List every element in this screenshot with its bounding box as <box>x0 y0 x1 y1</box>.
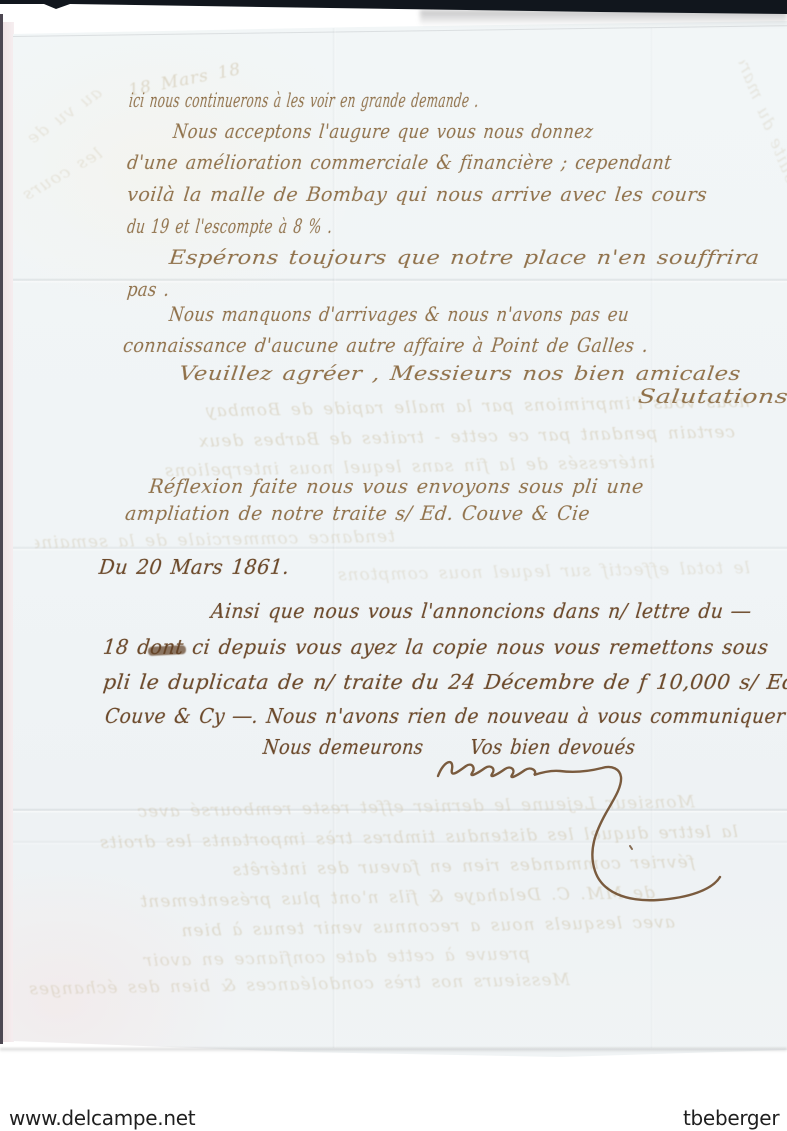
bleed-through-line: Messieurs nos très condoléances & bien d… <box>10 970 570 1004</box>
bleed-through-line: les cours du <box>16 144 108 211</box>
letter-paper: 18 Mars 1861au vu desles cours dunous vo… <box>0 0 787 1131</box>
signature-stroke <box>438 762 720 900</box>
bleed-through-line: le total effectif sur lequel nous compto… <box>320 558 750 590</box>
letter-line: voilà la malle de Bombay qui nous arrive… <box>126 184 708 206</box>
bleed-through-line: au vu des <box>25 83 108 151</box>
letter-line: Nous acceptons l'augure que vous nous do… <box>172 121 594 143</box>
letter-line: connaissance d'aucune autre affaire à Po… <box>122 335 649 357</box>
signature-dot <box>630 846 632 849</box>
watermark-seller-name: tbeberger <box>683 1106 779 1130</box>
paper-top-edge-shadow <box>13 25 787 37</box>
signature <box>428 742 748 922</box>
letter-line: Nous manquons d'arrivages & nous n'avons… <box>168 304 630 326</box>
letter-line: Couve & Cy ―. Nous n'avons rien de nouve… <box>104 705 786 727</box>
bleed-through-line: tendance commerciale de la semaine du 12 <box>35 527 395 557</box>
fold-crease <box>0 278 787 283</box>
letter-line: ici nous continuerons à les voir en gran… <box>128 90 480 112</box>
letter-line: pas . <box>126 279 171 301</box>
letter-line: Ainsi que nous vous l'annoncions dans n/… <box>210 600 752 622</box>
letter-line: Du 20 Mars 1861. <box>98 556 291 578</box>
scanned-letter-page: 18 Mars 1861au vu desles cours dunous vo… <box>0 0 787 1131</box>
letter-line: ampliation de notre traite s/ Ed. Couve … <box>124 503 591 525</box>
paper-bottom-shadow <box>0 1048 787 1052</box>
letter-line: Salutations <box>637 386 787 408</box>
adjacent-page-edge <box>3 22 14 1042</box>
letter-line: Veuillez agréer , Messieurs nos bien ami… <box>178 363 742 385</box>
letter-line: Réflexion faite nous vous envoyons sous … <box>148 476 645 498</box>
scanner-edge-left <box>0 14 3 1044</box>
letter-line: pli le duplicata de n/ traite du 24 Déce… <box>102 671 787 693</box>
letter-line: du 19 et l'escompte à 8 % . <box>126 216 334 238</box>
letter-line: d'une amélioration commerciale & financi… <box>126 152 673 174</box>
letter-line: 18 dont ci depuis vous ayez la copie nou… <box>102 636 770 658</box>
letter-line: Espérons toujours que notre place n'en s… <box>168 247 761 269</box>
watermark-site-url: www.delcampe.net <box>9 1106 195 1130</box>
bleed-through-line: suite du marché <box>730 57 787 187</box>
